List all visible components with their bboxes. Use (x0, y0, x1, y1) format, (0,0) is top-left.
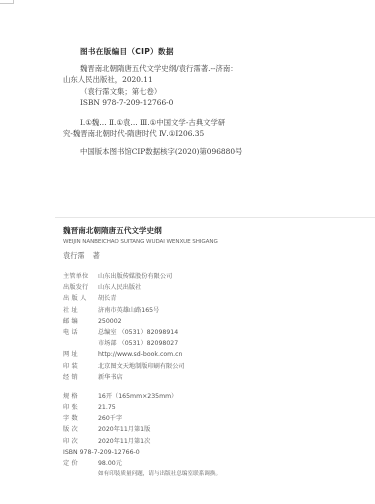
value: 山东出版传媒股份有限公司 (98, 271, 172, 282)
colophon-row-postcode: 邮 编 250002 (63, 316, 221, 327)
label: 版 次 (63, 424, 98, 435)
label: 定 价 (63, 458, 98, 469)
value: 250002 (98, 316, 122, 327)
cip-record: 魏晋南北朝隋唐五代文学史纲/袁行霈著.--济南： 山东人民出版社，2020.11… (63, 63, 263, 108)
value: 260千字 (98, 413, 122, 424)
value: 济南市英雄山路165号 (98, 305, 159, 316)
cip-record-line-1: 魏晋南北朝隋唐五代文学史纲/袁行霈著.--济南： (63, 63, 263, 74)
colophon-row-printing: 印 次 2020年11月第1次 (63, 436, 221, 447)
author-role: 著 (93, 251, 100, 260)
colophon-row-price: 定 价 98.00元 (63, 458, 221, 469)
colophon-row-distributor: 经 销 新华书店 (63, 372, 221, 383)
cip-record-line-2: 山东人民出版社，2020.11 (63, 74, 263, 85)
label: 出 版 人 (63, 293, 98, 304)
colophon-row-website: 网 址 http://www.sd-book.com.cn (63, 349, 221, 360)
value: 山东人民出版社 (98, 282, 141, 293)
value: 新华书店 (98, 372, 123, 383)
colophon-row-printer: 印 装 北京图文天地制版印刷有限公司 (63, 361, 221, 372)
label-empty (63, 338, 98, 349)
label: 规 格 (63, 391, 98, 402)
colophon-row-issuer: 出 版 人 胡长青 (63, 293, 221, 304)
book-title: 魏晋南北朝隋唐五代文学史纲 (63, 225, 162, 236)
label: 印 次 (63, 436, 98, 447)
divider-rule (55, 217, 375, 218)
colophon-row-phone: 电 话 总编室 （0531）82098914 (63, 327, 221, 338)
value: 2020年11月第1次 (98, 436, 150, 447)
label: 主管单位 (63, 271, 98, 282)
value: 总编室 （0531）82098914 (98, 327, 178, 338)
value: 2020年11月第1版 (98, 424, 150, 435)
colophon-row-format: 规 格 16开（165mm×235mm） (63, 391, 221, 402)
colophon-row-sheets: 印 张 21.75 (63, 402, 221, 413)
scan-corner-mark (0, 0, 14, 4)
label: 字 数 (63, 413, 98, 424)
value: 98.00元 (98, 458, 122, 469)
colophon-isbn: ISBN 978-7-209-12766-0 (63, 447, 221, 458)
website-value: http://www.sd-book.com.cn (98, 349, 182, 360)
cip-series: （袁行霈文集；第七卷） (63, 86, 263, 97)
cip-isbn: ISBN 978-7-209-12766-0 (63, 97, 263, 108)
value: 16开（165mm×235mm） (98, 391, 177, 402)
colophon-row-phone-market: 市场部 （0531）82098027 (63, 338, 221, 349)
quality-note: 如有印装质量问题，请与出版社总编室联系调换。 (63, 469, 221, 480)
value: 胡长青 (98, 293, 117, 304)
cip-verify-number: 中国版本图书馆CIP数据核字(2020)第096880号 (80, 146, 242, 157)
value: 北京图文天地制版印刷有限公司 (98, 361, 185, 372)
book-author: 袁行霈著 (63, 251, 100, 261)
cip-heading: 图书在版编目（CIP）数据 (80, 46, 174, 57)
label: 印 装 (63, 361, 98, 372)
label: 印 张 (63, 402, 98, 413)
colophon-row-edition: 版 次 2020年11月第1版 (63, 424, 221, 435)
colophon-row-address: 社 址 济南市英雄山路165号 (63, 305, 221, 316)
book-title-pinyin: WEIJIN NANBEICHAO SUITANG WUDAI WENXUE S… (63, 239, 218, 245)
colophon: 主管单位 山东出版传媒股份有限公司 出版发行 山东人民出版社 出 版 人 胡长青… (63, 271, 221, 480)
cip-class-line-1: Ⅰ.①魏… Ⅱ.①袁… Ⅲ.①中国文学-古典文学研 (63, 117, 225, 128)
colophon-row-words: 字 数 260千字 (63, 413, 221, 424)
cip-classification: Ⅰ.①魏… Ⅱ.①袁… Ⅲ.①中国文学-古典文学研 究-魏晋南北朝时代-隋唐时代… (63, 117, 225, 140)
label: 社 址 (63, 305, 98, 316)
cip-class-line-2: 究-魏晋南北朝时代-隋唐时代 Ⅳ.①I206.35 (63, 128, 225, 139)
label: 经 销 (63, 372, 98, 383)
colophon-row-supervisor: 主管单位 山东出版传媒股份有限公司 (63, 271, 221, 282)
label: 邮 编 (63, 316, 98, 327)
value: 21.75 (98, 402, 116, 413)
value: 市场部 （0531）82098027 (98, 338, 178, 349)
colophon-spacer (63, 383, 221, 391)
label: 出版发行 (63, 282, 98, 293)
author-name: 袁行霈 (63, 251, 85, 260)
label: 电 话 (63, 327, 98, 338)
label: 网 址 (63, 349, 98, 360)
colophon-row-publisher: 出版发行 山东人民出版社 (63, 282, 221, 293)
